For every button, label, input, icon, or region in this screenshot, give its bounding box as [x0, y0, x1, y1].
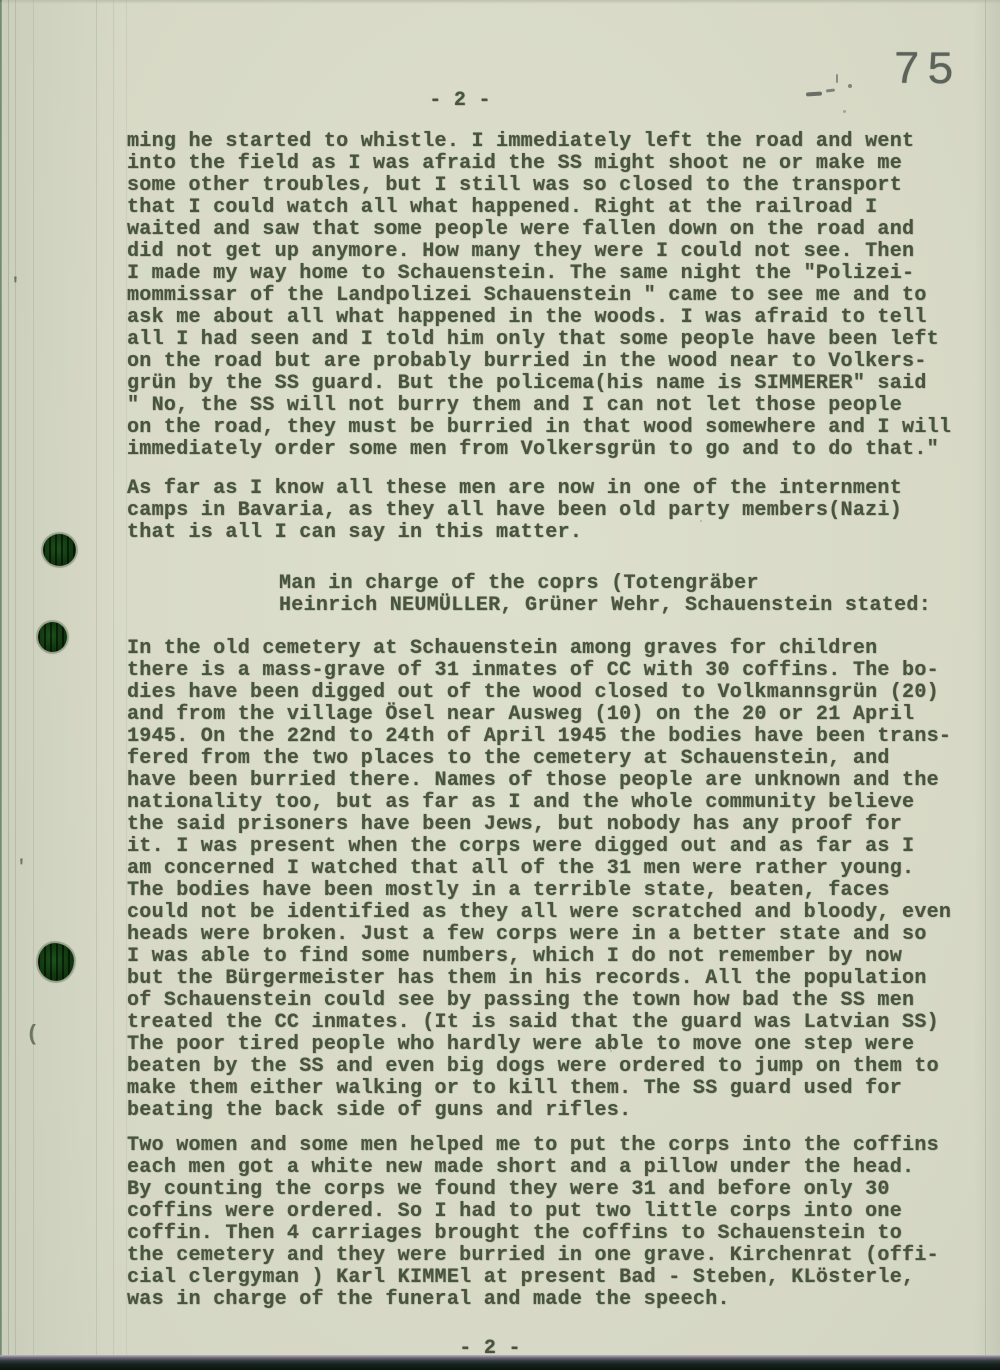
margin-mark: '	[16, 858, 27, 878]
margin-mark: (	[26, 1022, 39, 1047]
scanned-document-page: { "page": { "corner_number": "75", "page…	[0, 0, 1000, 1370]
page-number-top: - 2 -	[390, 90, 530, 112]
paragraph-testimony-1: ming he started to whistle. I immediatel…	[127, 131, 987, 461]
page-left-edge	[0, 0, 2, 1370]
paragraph-testimony-3: In the old cemetery at Schauenstein amon…	[127, 638, 987, 1122]
punch-hole	[38, 622, 67, 652]
scan-bottom-edge	[0, 1355, 1000, 1370]
paragraph-testimony-4: Two women and some men helped me to put …	[127, 1135, 987, 1311]
punch-hole	[43, 534, 76, 566]
pencil-dot-mark	[848, 84, 852, 88]
pencil-dot-mark	[843, 110, 846, 113]
typed-text-column: ming he started to whistle. I immediatel…	[127, 131, 987, 1311]
paper-speckles	[0, 0, 2, 2]
witness-heading: Man in charge of the coprs (Totengräber …	[127, 573, 987, 617]
paragraph-testimony-2: As far as I know all these men are now i…	[127, 478, 987, 544]
folio-number: 75	[893, 48, 960, 94]
margin-mark: '	[10, 276, 21, 296]
pencil-tick-mark	[836, 74, 838, 83]
